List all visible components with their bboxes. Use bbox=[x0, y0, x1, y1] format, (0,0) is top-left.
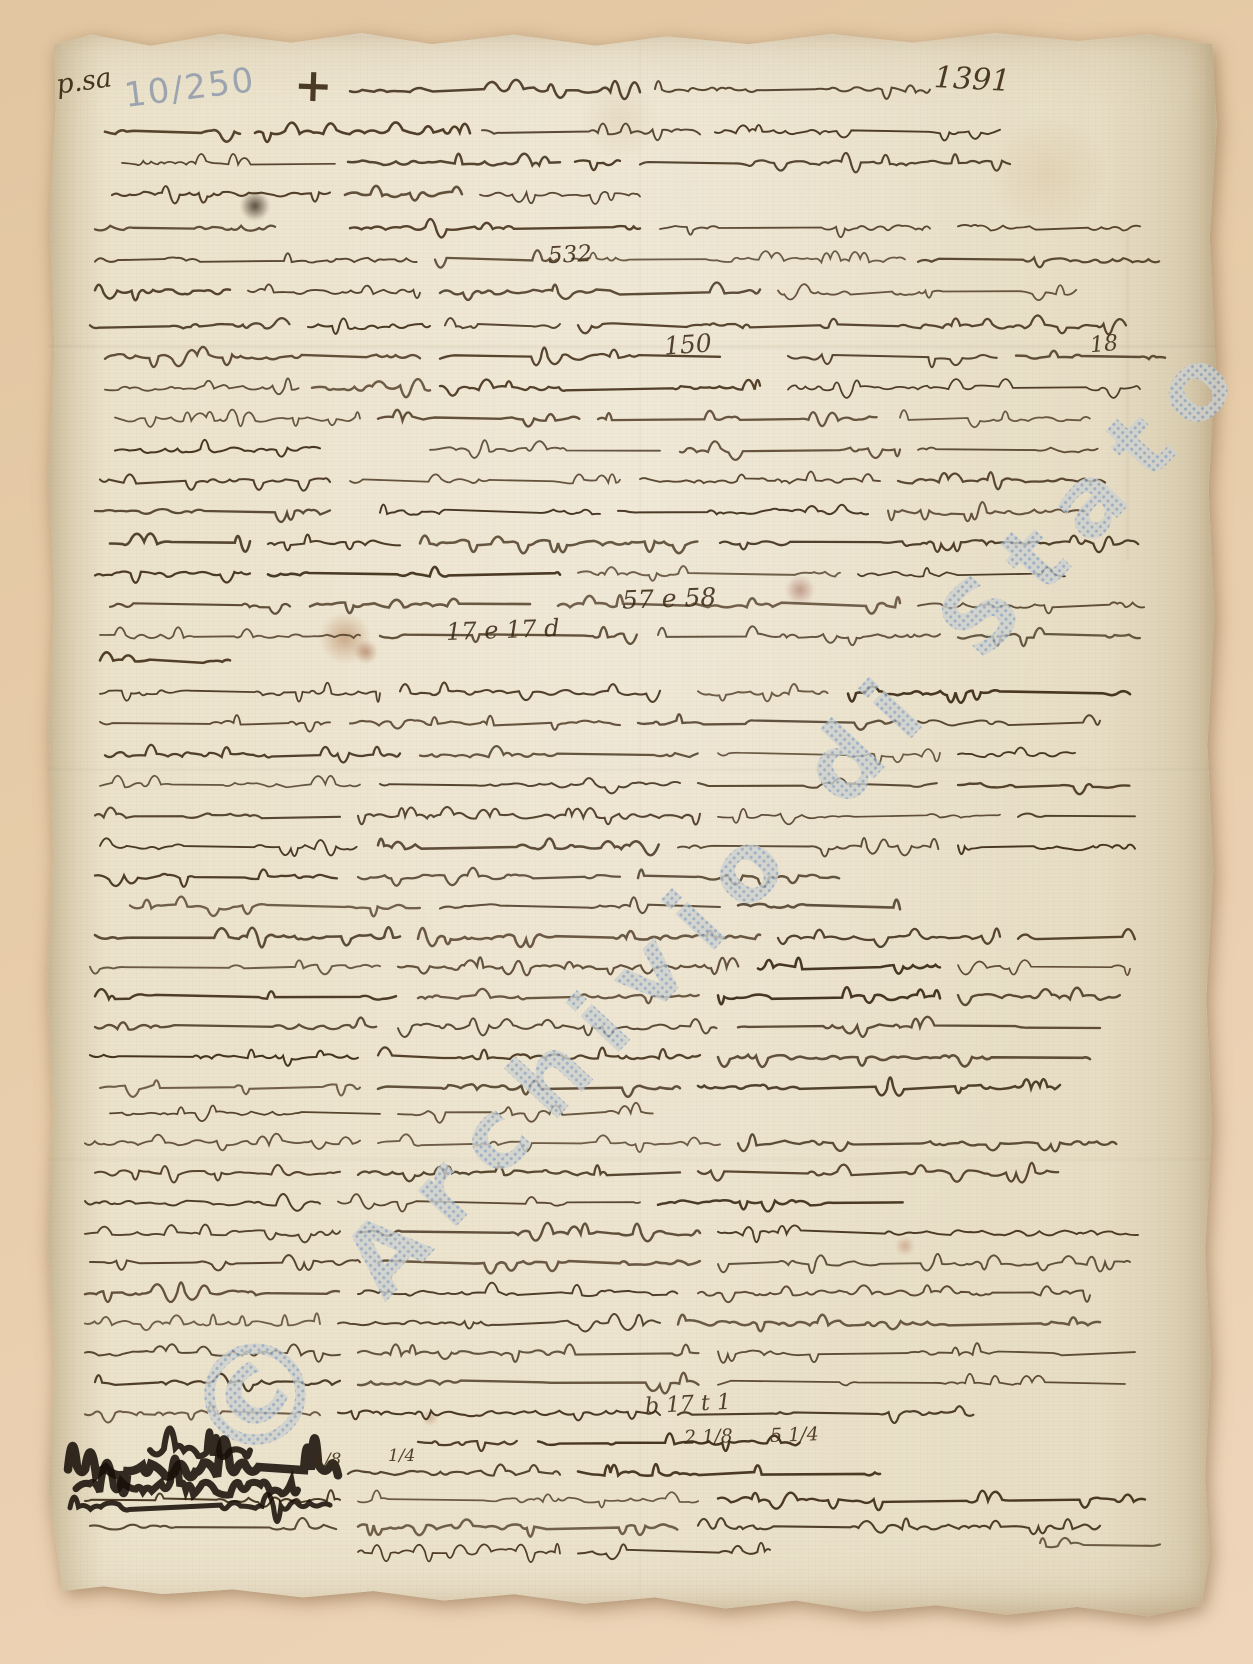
paper-sheet-wrap bbox=[45, 30, 1218, 1618]
manuscript-scan-page: p.sa 10/250 + 1391 5321501857 e 5817 e 1… bbox=[0, 0, 1253, 1664]
manuscript-paper bbox=[45, 30, 1218, 1618]
